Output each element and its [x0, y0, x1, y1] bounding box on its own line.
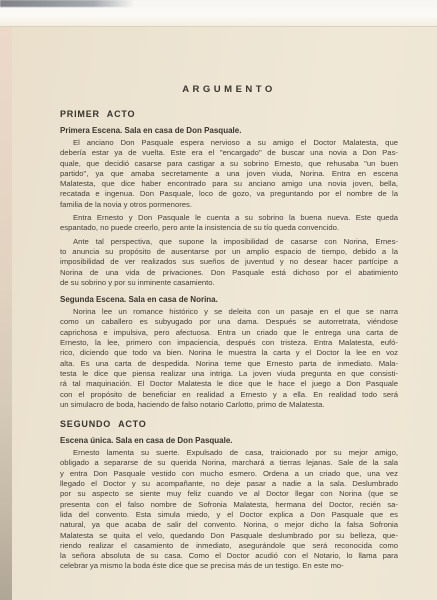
text-line: la señora absoluta de su casa. Como el D…	[60, 551, 398, 561]
act1-scene1-heading: Primera Escena. Sala en casa de Don Pasq…	[60, 126, 398, 135]
book-page: ARGUMENTO PRIMER ACTO Primera Escena. Sa…	[0, 26, 437, 600]
act2-scene1-heading: Escena única. Sala en casa de Don Pasqua…	[60, 436, 398, 445]
text-line: familia de la novia y otros pormenores.	[60, 200, 398, 210]
text-line: recatada e ingenua. Don Pasquale, loco d…	[60, 189, 398, 199]
act2-scene1-paragraph-1: Ernesto lamenta su suerte. Expulsado de …	[60, 448, 398, 572]
text-line: lida del convento. Esta simula miedo, y …	[60, 510, 398, 520]
act1-scene2-paragraph-1: Norina lee un romance histórico y se del…	[60, 307, 398, 410]
text-line: debería estar ya de vuelta. Este era el …	[60, 148, 398, 158]
text-line: Malatesta, que dice haber encontrado par…	[60, 179, 398, 189]
text-line: obligado a separarse de su querida Norin…	[60, 458, 398, 468]
text-line: natural, ya que acaba de salir del conve…	[60, 520, 398, 530]
text-line: Ernesto, la lee, primero con impaciencia…	[60, 338, 398, 348]
text-line: un simulacro de boda, haciendo de falso …	[60, 400, 398, 410]
page-content: ARGUMENTO PRIMER ACTO Primera Escena. Sa…	[60, 27, 398, 572]
text-line: partido", ya que amaba secretamente a un…	[60, 169, 398, 179]
scan-edge-artifact	[0, 0, 134, 7]
text-line: riendo realizar el casamiento de inmedia…	[60, 541, 398, 551]
text-line: rico, diciendo que todo va bien. Norina …	[60, 348, 398, 358]
text-line: quale, que decidió casarse para castigar…	[60, 159, 398, 169]
text-line: y entra Don Pasquale vestido con mucho e…	[60, 469, 398, 479]
text-line: llegado el Doctor y su acompañante, no d…	[60, 479, 398, 489]
text-line: espantado, no puede creerlo, pero ante l…	[60, 223, 398, 233]
page-title: ARGUMENTO	[60, 27, 398, 95]
text-line: como un caballero es subyugado por una d…	[60, 317, 398, 327]
text-line: rá tal maquinación. El Doctor Malatesta …	[60, 379, 398, 389]
page-gutter-shadow	[0, 27, 12, 600]
text-line: testa le dice que piensa realizar una in…	[60, 369, 398, 379]
act1-scene1-paragraph-3: Ante tal perspectiva, que supone la impo…	[60, 237, 398, 288]
act1-scene1-paragraph-1: El anciano Don Pasquale espera nervioso …	[60, 138, 398, 210]
text-line: alta. Es una carta de despedida. Norina …	[60, 359, 398, 369]
text-line: celebrar ya mismo la boda éste dice que …	[60, 561, 398, 571]
text-line: Ante tal perspectiva, que supone la impo…	[60, 237, 398, 247]
text-line: El anciano Don Pasquale espera nervioso …	[60, 138, 398, 148]
text-line: por su aspecto se siente muy feliz cuand…	[60, 489, 398, 499]
text-line: Entra Ernesto y Don Pasquale le cuenta a…	[60, 213, 398, 223]
text-line: con el propósito de beneficiar en realid…	[60, 390, 398, 400]
text-line: presenta con el falso nombre de Sofronia…	[60, 500, 398, 510]
text-line: to anuncia su propósito de ausentarse po…	[60, 247, 398, 257]
text-line: Norina de una vida de privaciones. Don P…	[60, 268, 398, 278]
act1-scene1-paragraph-2: Entra Ernesto y Don Pasquale le cuenta a…	[60, 213, 398, 234]
act1-scene2-heading: Segunda Escena. Sala en casa de Norina.	[60, 295, 398, 304]
text-line: Malatesta se quita el velo, quedando Don…	[60, 531, 398, 541]
text-line: caprichosa e impulsiva, pero afectuosa. …	[60, 328, 398, 338]
text-line: de su sobrino y por su inminente casamie…	[60, 278, 398, 288]
text-line: Norina lee un romance histórico y se del…	[60, 307, 398, 317]
text-line: Ernesto lamenta su suerte. Expulsado de …	[60, 448, 398, 458]
text-line: imposibilidad de ver realizados sus sueñ…	[60, 257, 398, 267]
act2-heading: SEGUNDO ACTO	[60, 419, 398, 429]
act1-heading: PRIMER ACTO	[60, 109, 398, 119]
